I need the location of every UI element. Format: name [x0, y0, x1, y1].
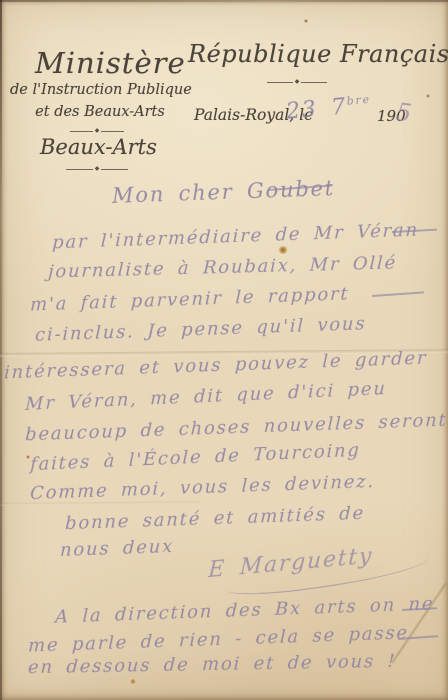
postscript-line: en dessous de moi et de vous !	[27, 651, 397, 678]
letter-body-line: Mr Véran, me dit que d'ici peu	[25, 378, 387, 415]
diamond-icon: ◆	[295, 79, 300, 85]
closing-line: nous deux	[60, 536, 175, 561]
letter-body-line: Comme moi, vous les devinez.	[30, 471, 376, 504]
letterhead-divider: ◆	[70, 128, 124, 134]
date-handwritten: 23 7bre	[285, 92, 372, 124]
date-day-suffix: bre	[346, 93, 371, 108]
foxing-spot	[26, 455, 30, 459]
letter-body-line: journaliste à Roubaix, Mr Ollé	[48, 252, 398, 282]
diamond-icon: ◆	[95, 166, 100, 172]
salutation: Mon cher Goubet	[112, 176, 336, 208]
divider-line	[70, 131, 93, 132]
letterhead-divider-2: ◆	[66, 166, 128, 172]
ministry-line2: de l'Instruction Publique	[10, 82, 190, 98]
ministry-title: Ministère	[35, 46, 170, 80]
letter-body-line: par l'intermédiaire de Mr Véran	[52, 220, 419, 254]
republic-title: République Française	[188, 40, 404, 68]
year-handwritten: 5	[394, 98, 415, 128]
date-day: 23 7	[285, 94, 348, 124]
divider-line	[66, 169, 93, 170]
letter-body-line: m'a fait parvenir le rapport	[30, 283, 350, 315]
pen-flourish	[372, 291, 424, 296]
closing-line: bonne santé et amitiés de	[65, 503, 366, 535]
republic-divider: ◆	[267, 79, 327, 85]
foxing-spot	[304, 19, 308, 23]
diamond-icon: ◆	[95, 128, 100, 134]
letter-body-line: beaucoup de choses nouvelles seront	[25, 410, 448, 446]
divider-line	[101, 169, 128, 170]
ministry-line3: et des Beaux-Arts	[10, 104, 190, 120]
department-title: Beaux-Arts	[40, 135, 155, 159]
divider-line	[267, 82, 293, 83]
letter-body-line: ci-inclus. Je pense qu'il vous	[35, 313, 367, 346]
foxing-spot	[130, 679, 136, 684]
divider-line	[301, 82, 327, 83]
foxing-spot	[426, 94, 430, 98]
divider-line	[101, 131, 124, 132]
letter-page: Ministère de l'Instruction Publique et d…	[0, 0, 448, 700]
foxing-spot	[278, 246, 288, 254]
letter-body-line: faites à l'École de Tourcoing	[30, 440, 361, 475]
